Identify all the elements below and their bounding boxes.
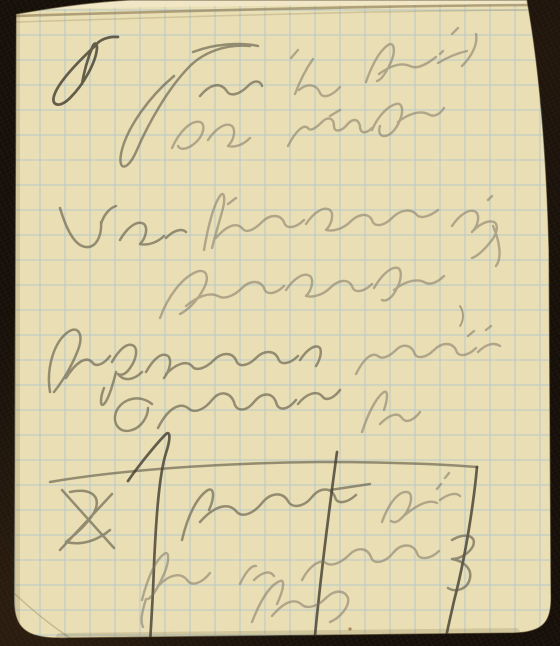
page-top-edge-highlight	[14, 0, 527, 5]
notebook-page-illustration	[0, 0, 560, 646]
paper-speck	[348, 627, 351, 630]
paper-sheet	[14, 0, 551, 638]
photo-of-notebook-page: O Gott ich bin so müde Von hügelrode ja …	[0, 0, 560, 646]
